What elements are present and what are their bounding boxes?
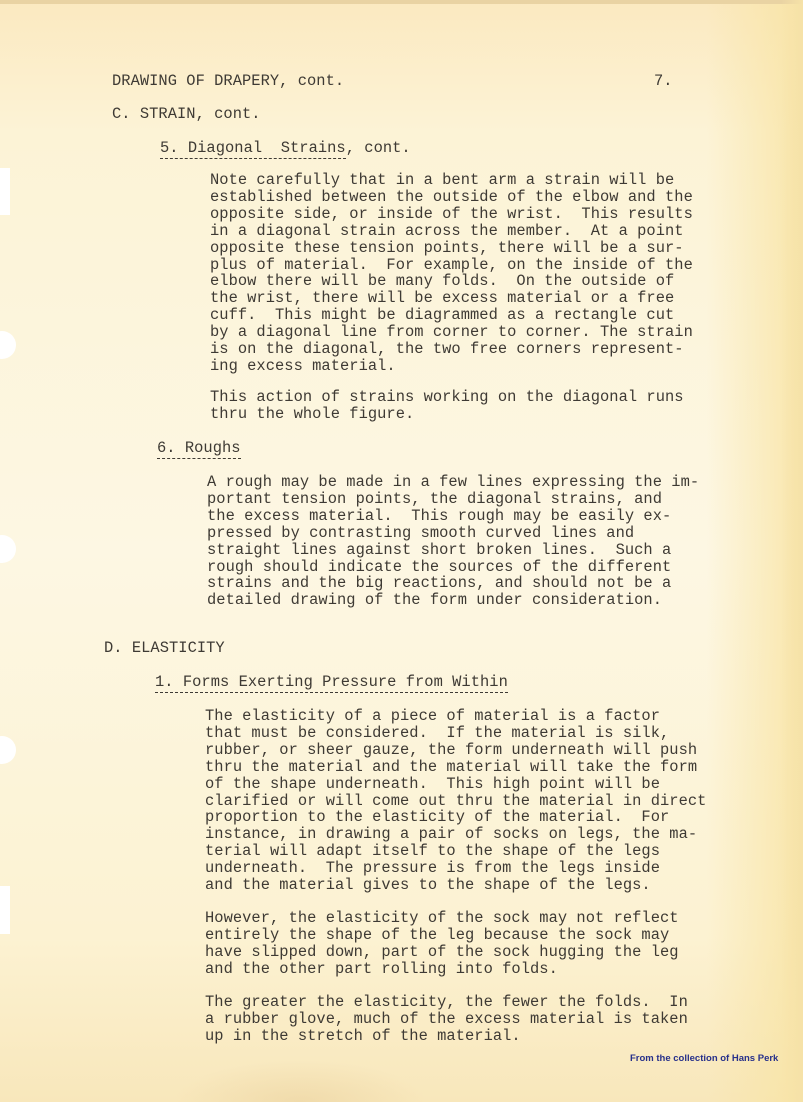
text-line: instance, in drawing a pair of socks on … [205,826,706,843]
section-d-heading: D. ELASTICITY [104,640,225,657]
text-line: underneath. The pressure is from the leg… [205,860,706,877]
subsection-d1-heading: 1. Forms Exerting Pressure from Within [155,674,508,691]
text-line: that must be considered. If the material… [205,725,706,742]
text-line: in a diagonal strain across the member. … [210,223,693,240]
text-line: the wrist, there will be excess material… [210,290,693,307]
text-line: rough should indicate the sources of the… [207,559,699,576]
elasticity-paragraph-3: The greater the elasticity, the fewer th… [205,994,688,1045]
text-line: clarified or will come out thru the mate… [205,793,706,810]
paper-top-edge [0,0,803,4]
text-line: strains and the big reactions, and shoul… [207,575,699,592]
text-line: proportion to the elasticity of the mate… [205,809,706,826]
text-line: The greater the elasticity, the fewer th… [205,994,688,1011]
text-line: portant tension points, the diagonal str… [207,491,699,508]
text-line: rubber, or sheer gauze, the form underne… [205,742,706,759]
subsection-6-title: 6. Roughs [157,439,241,459]
text-line: and the other part rolling into folds. [205,961,679,978]
text-line: have slipped down, part of the sock hugg… [205,944,679,961]
text-line: thru the whole figure. [210,406,684,423]
text-line: and the material gives to the shape of t… [205,877,706,894]
paper-right-edge-shading [781,0,803,1102]
text-line: plus of material. For example, on the in… [210,257,693,274]
text-line: This action of strains working on the di… [210,389,684,406]
text-line: A rough may be made in a few lines expre… [207,474,699,491]
text-line: by a diagonal line from corner to corner… [210,324,693,341]
text-line: up in the stretch of the material. [205,1028,688,1045]
subsection-d1-title: 1. Forms Exerting Pressure from Within [155,673,508,693]
binder-notch-bottom [0,886,10,934]
page-number: 7. [654,73,673,90]
text-line: a rubber glove, much of the excess mater… [205,1011,688,1028]
binder-notch-top [0,168,10,215]
collection-credit: From the collection of Hans Perk [630,1053,778,1064]
text-line: opposite side, or inside of the wrist. T… [210,206,693,223]
text-line: of the shape underneath. This high point… [205,776,706,793]
subsection-6-heading: 6. Roughs [157,440,241,457]
text-line: straight lines against short broken line… [207,542,699,559]
text-line: pressed by contrasting smooth curved lin… [207,525,699,542]
text-line: detailed drawing of the form under consi… [207,592,699,609]
text-line: terial will adapt itself to the shape of… [205,843,706,860]
text-line: ing excess material. [210,358,693,375]
diagonal-strains-paragraph-1: Note carefully that in a bent arm a stra… [210,172,693,375]
text-line: elbow there will be many folds. On the o… [210,273,693,290]
text-line: However, the elasticity of the sock may … [205,910,679,927]
text-line: Note carefully that in a bent arm a stra… [210,172,693,189]
subsection-5-title: 5. Diagonal Strains [160,139,346,159]
section-c-heading: C. STRAIN, cont. [112,106,261,123]
roughs-paragraph: A rough may be made in a few lines expre… [207,474,699,609]
diagonal-strains-paragraph-2: This action of strains working on the di… [210,389,684,423]
text-line: the excess material. This rough may be e… [207,508,699,525]
subsection-5-suffix: , cont. [346,139,411,157]
text-line: established between the outside of the e… [210,189,693,206]
text-line: cuff. This might be diagrammed as a rect… [210,307,693,324]
text-line: opposite these tension points, there wil… [210,240,693,257]
document-title: DRAWING OF DRAPERY, cont. [112,73,344,90]
subsection-5-heading: 5. Diagonal Strains, cont. [160,140,411,157]
elasticity-paragraph-1: The elasticity of a piece of material is… [205,708,706,894]
text-line: is on the diagonal, the two free corners… [210,341,693,358]
text-line: thru the material and the material will … [205,759,706,776]
elasticity-paragraph-2: However, the elasticity of the sock may … [205,910,679,978]
text-line: The elasticity of a piece of material is… [205,708,706,725]
text-line: entirely the shape of the leg because th… [205,927,679,944]
